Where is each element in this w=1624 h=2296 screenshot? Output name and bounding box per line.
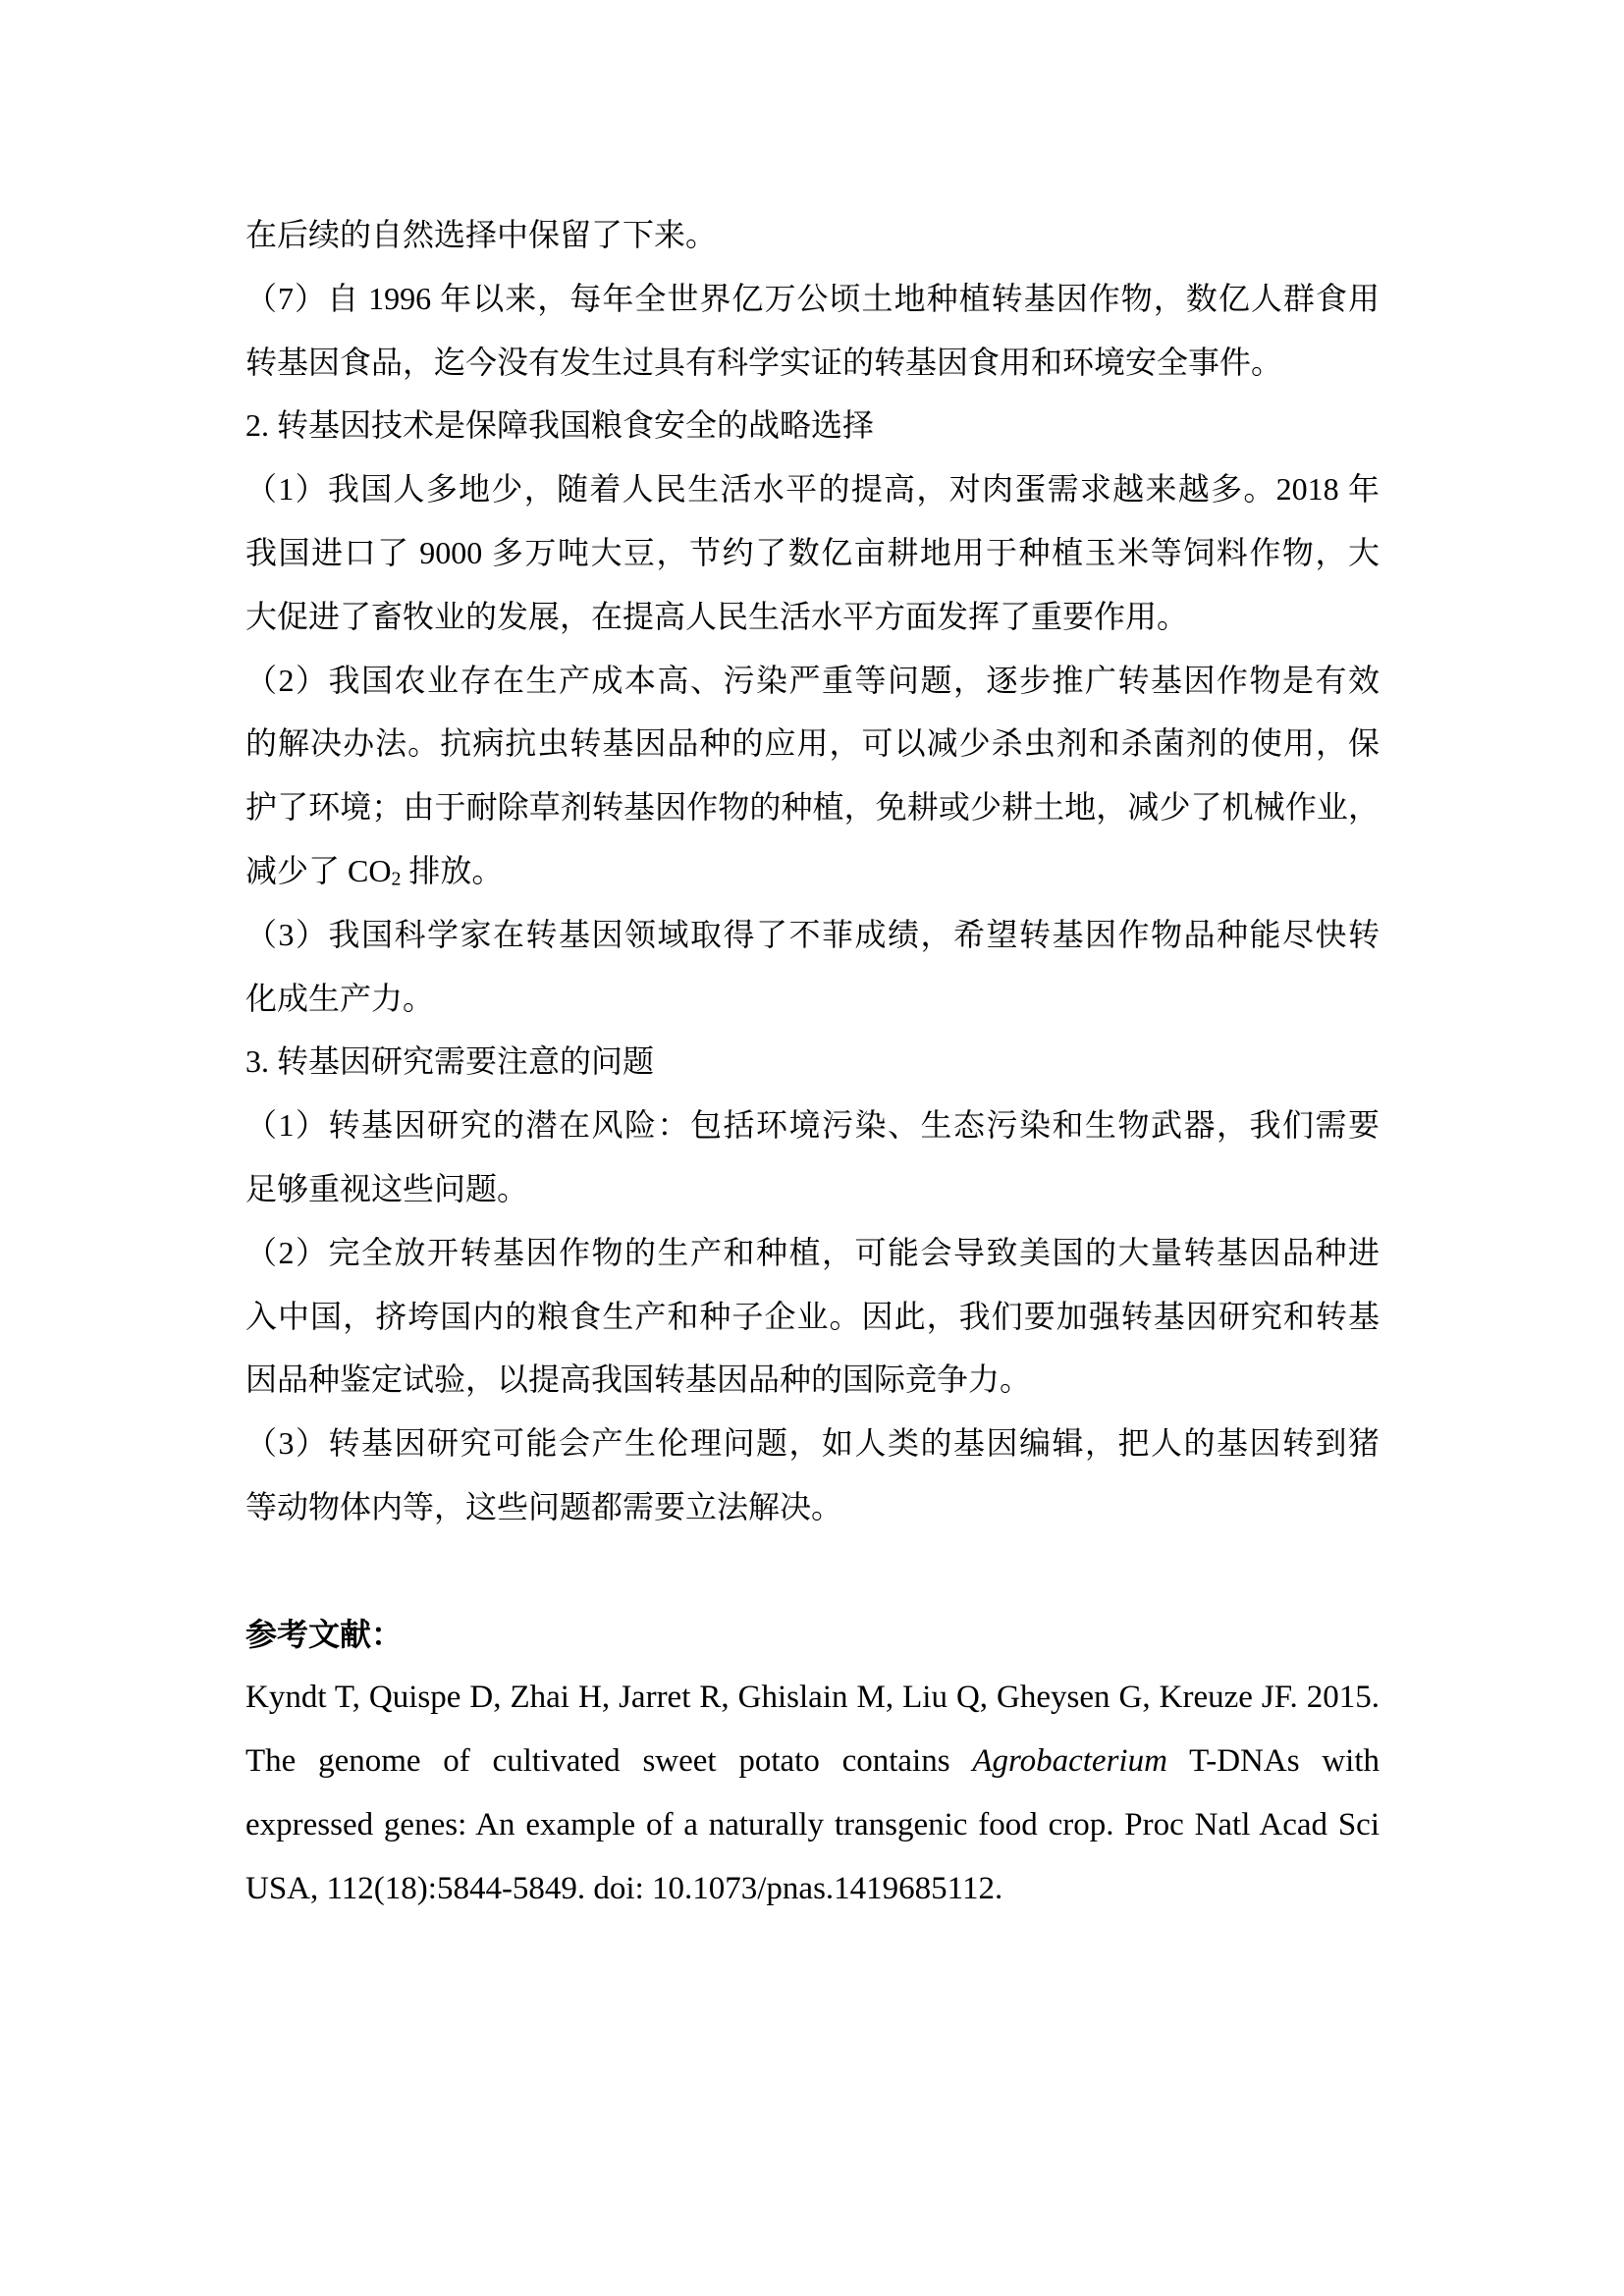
text-line: （7）自 1996 年以来，每年全世界亿万公顷土地种植转基因作物，数亿人群食用 (245, 267, 1380, 331)
text-segment: （2）完全放开转基因作物的生产和种植，可能会导致美国的大量转基因品种进 (245, 1235, 1380, 1270)
text-line: （2）完全放开转基因作物的生产和种植，可能会导致美国的大量转基因品种进 (245, 1221, 1380, 1285)
text-line: 我国进口了 9000 多万吨大豆，节约了数亿亩耕地用于种植玉米等饲料作物，大 (245, 521, 1380, 585)
text-segment: 排放。 (401, 853, 503, 888)
text-line: Kyndt T, Quispe D, Zhai H, Jarret R, Ghi… (245, 1666, 1380, 1730)
text-line: （3）我国科学家在转基因领域取得了不菲成绩，希望转基因作物品种能尽快转 (245, 903, 1380, 967)
text-line: 参考文献： (245, 1603, 1380, 1667)
text-line: 在后续的自然选择中保留了下来。 (245, 203, 1380, 267)
text-segment: （3）转基因研究可能会产生伦理问题，如人类的基因编辑，把人的基因转到猪 (245, 1425, 1380, 1461)
document-body: 在后续的自然选择中保留了下来。（7）自 1996 年以来，每年全世界亿万公顷土地… (245, 203, 1380, 1921)
text-line: （3）转基因研究可能会产生伦理问题，如人类的基因编辑，把人的基因转到猪 (245, 1412, 1380, 1475)
text-segment: 足够重视这些问题。 (245, 1171, 528, 1206)
text-segment: 我国进口了 9000 多万吨大豆，节约了数亿亩耕地用于种植玉米等饲料作物，大 (245, 535, 1380, 570)
text-segment: 等动物体内等，这些问题都需要立法解决。 (245, 1489, 842, 1524)
text-line: （2）我国农业存在生产成本高、污染严重等问题，逐步推广转基因作物是有效 (245, 649, 1380, 713)
text-segment: 参考文献： (245, 1617, 403, 1652)
text-segment: 入中国，挤垮国内的粮食生产和种子企业。因此，我们要加强转基因研究和转基 (245, 1299, 1380, 1334)
text-segment: （1）转基因研究的潜在风险：包括环境污染、生态污染和生物武器，我们需要 (245, 1107, 1380, 1143)
text-segment: 2. 转基因技术是保障我国粮食安全的战略选择 (245, 407, 874, 443)
italic-text: Agrobacterium (972, 1743, 1167, 1779)
text-segment: （2）我国农业存在生产成本高、污染严重等问题，逐步推广转基因作物是有效 (245, 663, 1380, 698)
text-segment: T-DNAs with (1167, 1743, 1380, 1779)
text-segment: Kyndt T, Quispe D, Zhai H, Jarret R, Ghi… (245, 1680, 1380, 1715)
text-segment: The genome of cultivated sweet potato co… (245, 1743, 972, 1779)
text-segment: 在后续的自然选择中保留了下来。 (245, 217, 717, 252)
text-segment: 大促进了畜牧业的发展，在提高人民生活水平方面发挥了重要作用。 (245, 599, 1188, 634)
text-line: 入中国，挤垮国内的粮食生产和种子企业。因此，我们要加强转基因研究和转基 (245, 1285, 1380, 1349)
text-line: 大促进了畜牧业的发展，在提高人民生活水平方面发挥了重要作用。 (245, 585, 1380, 649)
text-segment: 减少了 CO (245, 853, 391, 888)
text-line: 足够重视这些问题。 (245, 1157, 1380, 1221)
text-line: 因品种鉴定试验，以提高我国转基因品种的国际竞争力。 (245, 1348, 1380, 1412)
text-segment: 因品种鉴定试验，以提高我国转基因品种的国际竞争力。 (245, 1362, 1031, 1397)
blank-line (245, 1539, 1380, 1603)
text-segment: 3. 转基因研究需要注意的问题 (245, 1043, 654, 1079)
text-segment: （3）我国科学家在转基因领域取得了不菲成绩，希望转基因作物品种能尽快转 (245, 917, 1380, 952)
text-segment: 化成生产力。 (245, 981, 434, 1016)
text-segment: 护了环境；由于耐除草剂转基因作物的种植，免耕或少耕土地，减少了机械作业， (245, 789, 1380, 825)
text-line: 化成生产力。 (245, 967, 1380, 1031)
text-segment: 转基因食品，迄今没有发生过具有科学实证的转基因食用和环境安全事件。 (245, 345, 1282, 380)
text-line: 2. 转基因技术是保障我国粮食安全的战略选择 (245, 394, 1380, 457)
text-segment: （7）自 1996 年以来，每年全世界亿万公顷土地种植转基因作物，数亿人群食用 (245, 281, 1380, 316)
text-line: USA, 112(18):5844-5849. doi: 10.1073/pna… (245, 1857, 1380, 1921)
text-segment: expressed genes: An example of a natural… (245, 1807, 1380, 1842)
text-line: 护了环境；由于耐除草剂转基因作物的种植，免耕或少耕土地，减少了机械作业， (245, 775, 1380, 839)
text-segment: （1）我国人多地少，随着人民生活水平的提高，对肉蛋需求越来越多。2018 年 (245, 471, 1380, 507)
text-line: 减少了 CO2 排放。 (245, 839, 1380, 903)
text-line: The genome of cultivated sweet potato co… (245, 1730, 1380, 1793)
text-line: （1）转基因研究的潜在风险：包括环境污染、生态污染和生物武器，我们需要 (245, 1094, 1380, 1157)
text-line: 3. 转基因研究需要注意的问题 (245, 1030, 1380, 1094)
document-page: 在后续的自然选择中保留了下来。（7）自 1996 年以来，每年全世界亿万公顷土地… (0, 0, 1624, 2296)
subscript-text: 2 (391, 869, 401, 890)
text-segment: 的解决办法。抗病抗虫转基因品种的应用，可以减少杀虫剂和杀菌剂的使用，保 (245, 725, 1380, 761)
text-segment: USA, 112(18):5844-5849. doi: 10.1073/pna… (245, 1871, 1002, 1906)
text-line: 等动物体内等，这些问题都需要立法解决。 (245, 1475, 1380, 1539)
text-line: expressed genes: An example of a natural… (245, 1793, 1380, 1857)
text-line: 的解决办法。抗病抗虫转基因品种的应用，可以减少杀虫剂和杀菌剂的使用，保 (245, 712, 1380, 775)
text-line: （1）我国人多地少，随着人民生活水平的提高，对肉蛋需求越来越多。2018 年 (245, 457, 1380, 521)
text-line: 转基因食品，迄今没有发生过具有科学实证的转基因食用和环境安全事件。 (245, 331, 1380, 395)
